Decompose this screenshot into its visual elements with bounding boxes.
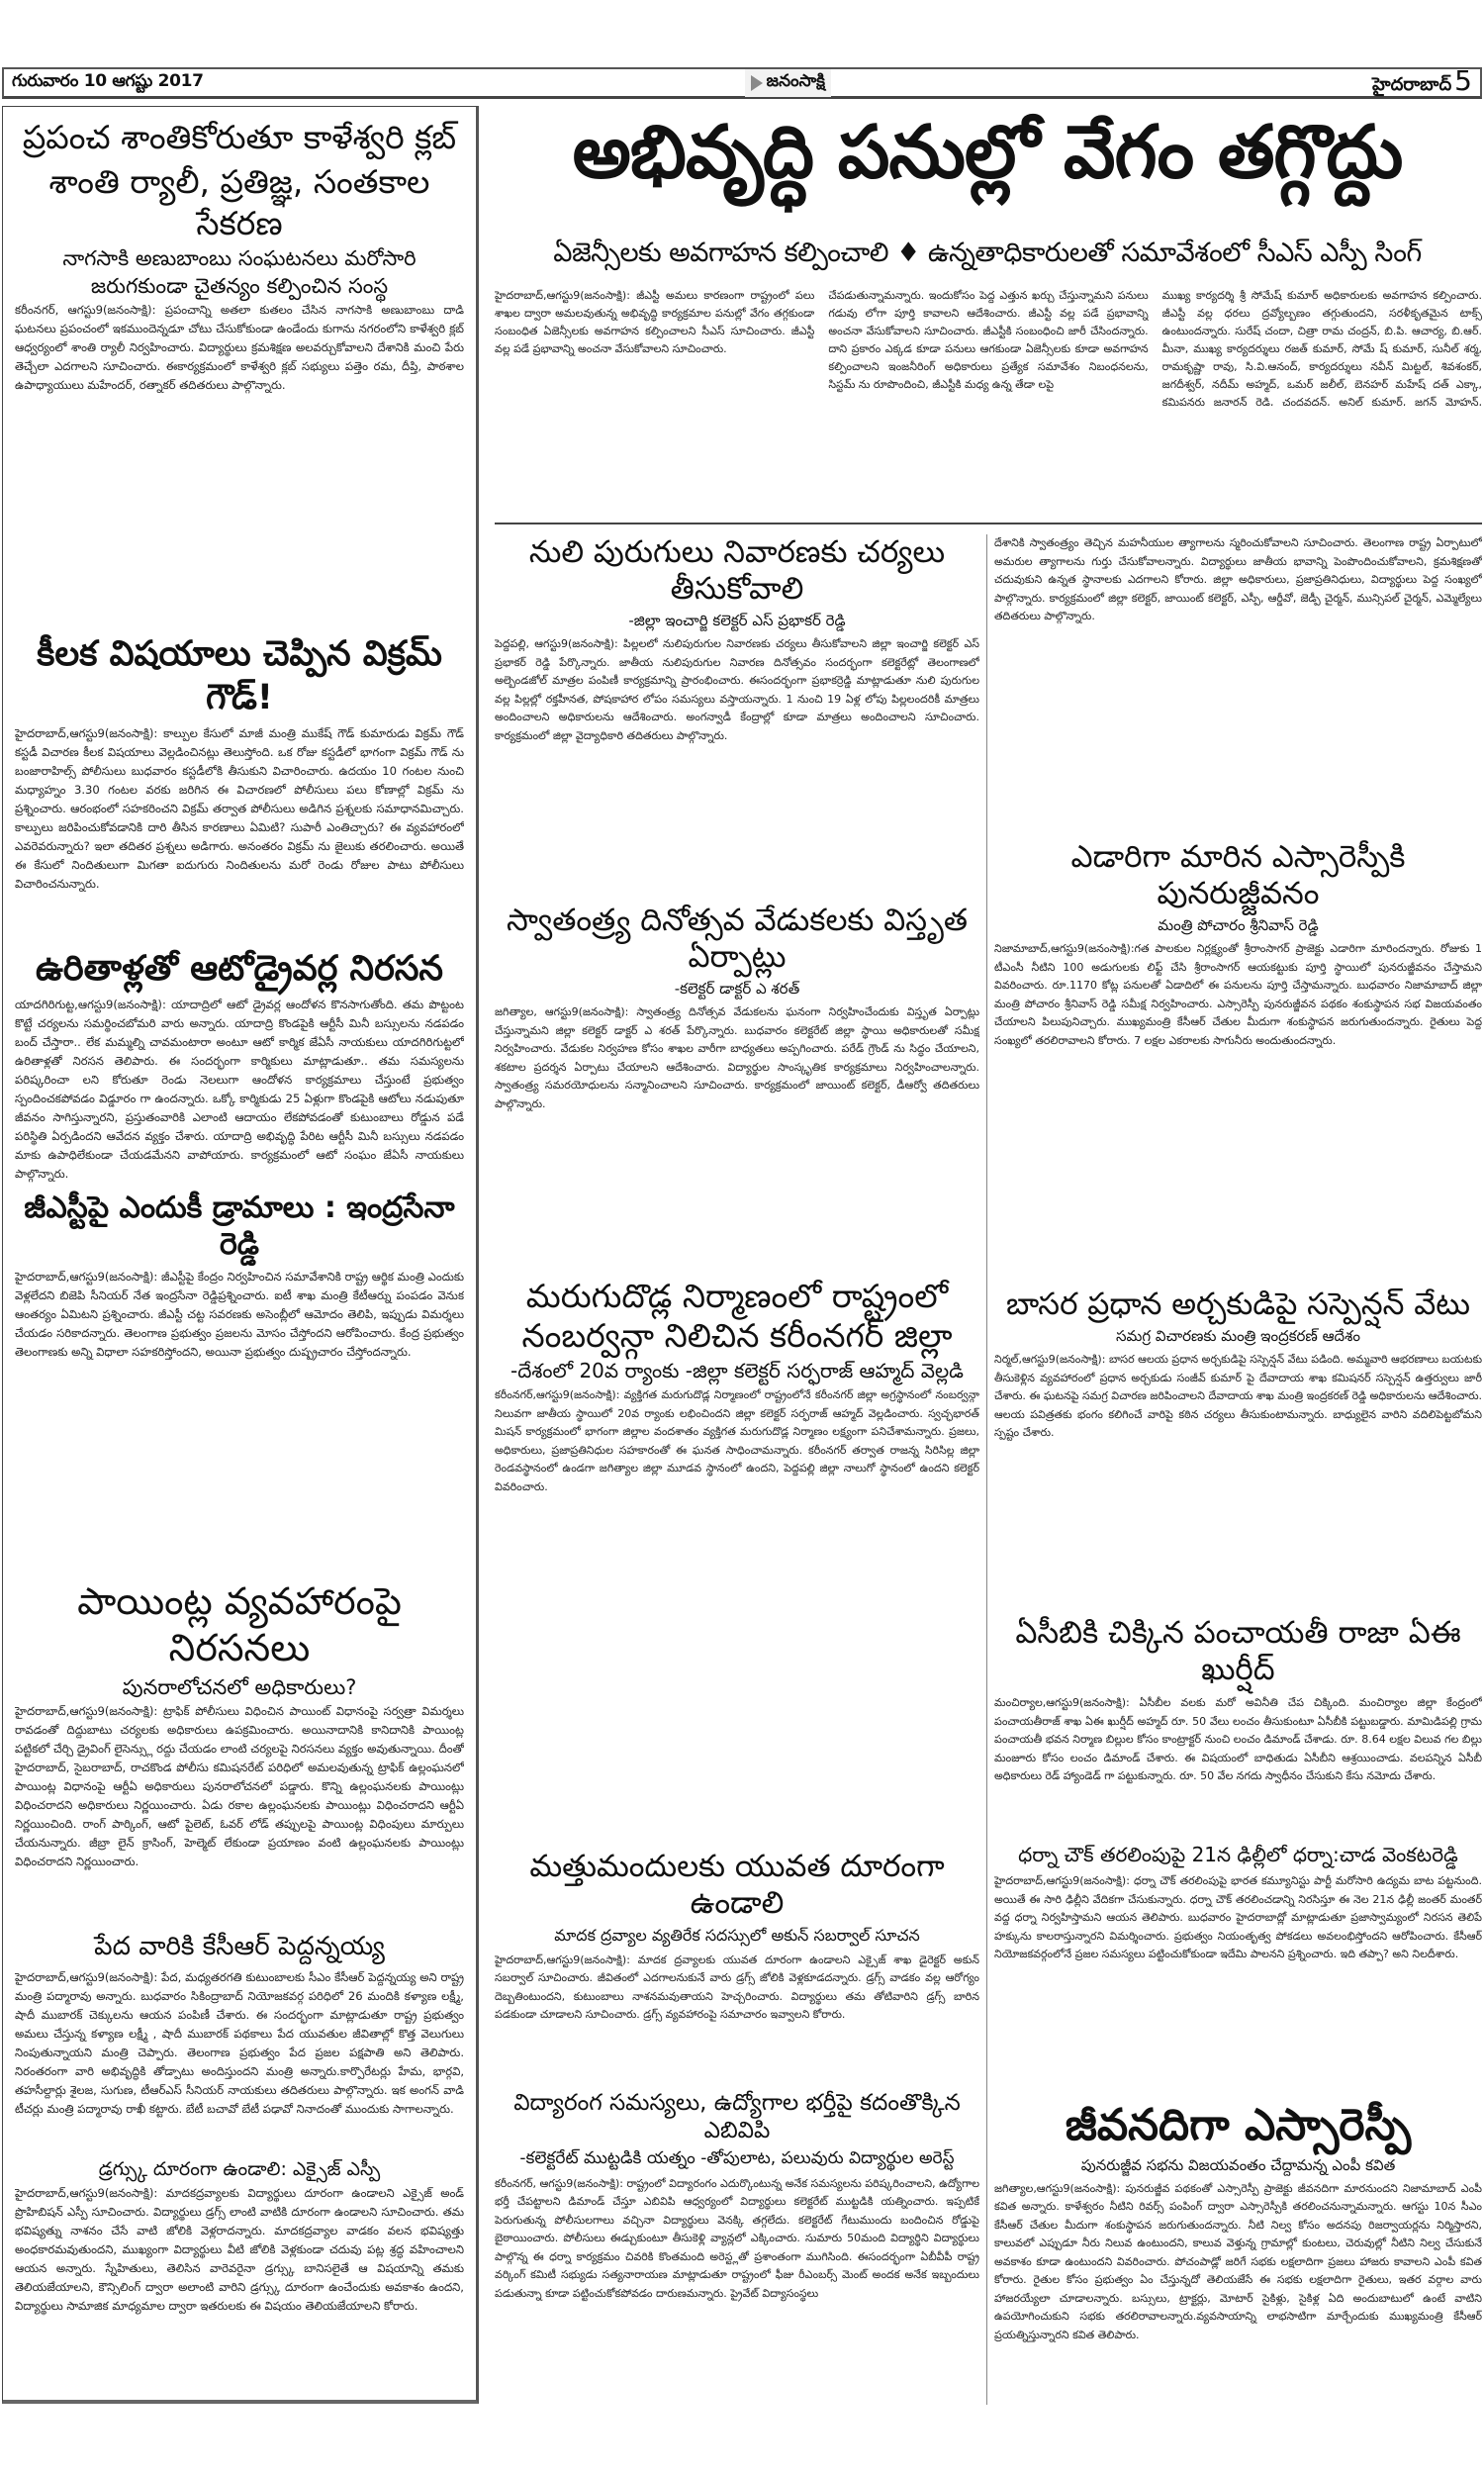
article-byline: మంత్రి పోచారం శ్రీనివాస్ రెడ్డి [994, 916, 1482, 934]
article-subheadline: జరుగకుండా చైతన్యం కల్పించిన సంస్థ [15, 273, 464, 299]
masthead-bar: గురువారం 10 ఆగష్టు 2017 జనంసాక్షి హైదరాబ… [2, 67, 1482, 99]
article-headline: ధర్నా చౌక్ తరలింపుపై 21న ఢిల్లీలో ధర్నా:… [994, 1843, 1482, 1866]
article-body: దేశానికి స్వాతంత్ర్యం తెచ్చిన మహనీయుల త్… [994, 534, 1482, 626]
article-body: పెద్దపల్లి, ఆగస్టు9(జనంసాక్షి): పిల్లలలో… [495, 635, 979, 745]
article-kcr-elder-brother: పేద వారికి కేసీఆర్ పెద్దన్నయ్య హైదరాబాద్… [15, 1931, 464, 2157]
article-body: నిజామాబాద్,ఆగస్టు9(జనంసాక్షి):గత పాలకుల … [994, 940, 1482, 1050]
article-drugs-youth: మత్తుమందులకు యువత దూరంగా ఉండాలి మాదక ద్ర… [495, 1849, 979, 2081]
article-subheadline: నాగసాకి అణుబాంబు సంఘటనలు మరోసారి [15, 245, 464, 271]
article-auto-drivers: ఉరితాళ్లతో ఆటోడ్రైవర్ల నిరసన యాదగిరిగుట్… [15, 948, 464, 1184]
article-headline: మత్తుమందులకు యువత దూరంగా ఉండాలి [495, 1849, 979, 1922]
article-acb-khurshid: ఏసీబికి చిక్కిన పంచాయతీ రాజా ఏఈ ఖుర్షీద్… [994, 1615, 1482, 1838]
article-dharna-chowk: ధర్నా చౌక్ తరలింపుపై 21న ఢిల్లీలో ధర్నా:… [994, 1843, 1482, 2085]
article-headline: పాయింట్ల వ్యవహారంపై నిరసనలు [15, 1578, 464, 1672]
lead-column-3: ముఖ్య కార్యదర్శి శ్రీ సోమేష్ కుమార్ అధిక… [1162, 287, 1482, 406]
article-headline: డ్రగ్స్కు దూరంగా ఉండాలి: ఎక్సైజ్ ఎస్పీ [15, 2158, 464, 2182]
lead-column-2: చేపడుతున్నామన్నారు. ఇందుకోసం పెద్ద ఎత్తు… [828, 287, 1148, 406]
section-divider [495, 523, 1482, 524]
article-headline: మరుగుదొడ్ల నిర్మాణంలో రాష్ట్రంలో [495, 1277, 979, 1316]
article-headline: స్వాతంత్ర్య దినోత్సవ వేడుకలకు విస్తృత ఏర… [495, 903, 979, 976]
article-headline: నులి పురుగులు నివారణకు చర్యలు తీసుకోవాలి [495, 534, 979, 608]
article-headline: నంబర్వన్గా నిలిచిన కరీంనగర్ జిల్లా [495, 1316, 979, 1356]
article-byline: -జిల్లా ఇంచార్జి కలెక్టర్ ఎస్ ప్రభాకర్ ర… [495, 612, 979, 629]
edition-info: హైదరాబాద్ 5 [1372, 67, 1472, 99]
article-headline: బాసర ప్రధాన అర్చకుడిపై సస్పెన్షన్ వేటు [994, 1286, 1482, 1323]
article-headline: ఎడారిగా మారిన ఎస్సారెస్పీకి పునరుజ్జీవనం [994, 839, 1482, 912]
article-traffic-points: పాయింట్ల వ్యవహారంపై నిరసనలు పునరాలోచనలో … [15, 1578, 464, 1925]
newspaper-page: గురువారం 10 ఆగష్టు 2017 జనంసాక్షి హైదరాబ… [0, 0, 1484, 2475]
article-independence-day: స్వాతంత్ర్య దినోత్సవ వేడుకలకు విస్తృత ఏర… [495, 903, 979, 1269]
article-abvp-protest: విద్యారంగ సమస్యలు, ఉద్యోగాల భర్తీపై కదంత… [495, 2090, 979, 2407]
article-srsp-revival: ఎడారిగా మారిన ఎస్సారెస్పీకి పునరుజ్జీవనం… [994, 839, 1482, 1280]
lead-subheadline: ఏజెన్సీలకు అవగాహన కల్పించాలి ♦ ఉన్నతాధిక… [493, 238, 1482, 275]
article-deworming: నులి పురుగులు నివారణకు చర్యలు తీసుకోవాలి… [495, 534, 979, 891]
article-body: యాదగిరిగుట్ట,ఆగస్టు9(జనంసాక్షి): యాదాద్ర… [15, 996, 464, 1184]
article-continuation: దేశానికి స్వాతంత్ర్యం తెచ్చిన మహనీయుల త్… [994, 534, 1482, 831]
publication-name: జనంసాక్షి [767, 71, 825, 95]
article-body: జగిత్యాల, ఆగస్టు9(జనంసాక్షి): స్వాతంత్ర్… [495, 1003, 979, 1113]
article-body: హైదరాబాద్,ఆగస్టు9(జనంసాక్షి): మాదక ద్రవ్… [495, 1951, 979, 2025]
article-headline: ప్రపంచ శాంతికోరుతూ కాళేశ్వరి క్లబ్ [15, 117, 464, 157]
article-body: హైదరాబాద్,ఆగస్టు9(జనంసాక్షి): పేద, మధ్యత… [15, 1968, 464, 2156]
column-divider [986, 534, 987, 2405]
play-arrow-icon [751, 75, 763, 91]
article-byline: -కలెక్టర్ డాక్టర్ ఎ శరత్ [495, 980, 979, 998]
article-body: హైదరాబాద్,ఆగస్టు9(జనంసాక్షి): ధర్నా చౌక్… [994, 1872, 1482, 1964]
article-headline: జీవనదిగా ఎస్సారెస్పీ [994, 2100, 1482, 2152]
publication-logo[interactable]: జనంసాక్షి [745, 69, 831, 97]
article-byline: -దేశంలో 20వ ర్యాంకు -జిల్లా కలెక్టర్ సర్… [495, 1359, 979, 1382]
lead-story-body: హైదరాబాద్,ఆగస్టు9(జనంసాక్షి): జీఎస్టీ అమ… [495, 287, 1482, 406]
article-indrasena-reddy: జీఎస్టీపై ఎందుకీ డ్రామాలు : ఇంద్రసేనా రె… [15, 1190, 464, 1574]
article-headline: పేద వారికి కేసీఆర్ పెద్దన్నయ్య [15, 1931, 464, 1963]
article-headline: జీఎస్టీపై ఎందుకీ డ్రామాలు : ఇంద్రసేనా రె… [15, 1190, 464, 1264]
edition-city: హైదరాబాద్ [1372, 74, 1451, 99]
article-body: హైదరాబాద్,ఆగస్టు9(జనంసాక్షి): మాదకద్రవ్య… [15, 2184, 464, 2402]
article-headline: శాంతి ర్యాలీ, ప్రతిజ్ఞ, సంతకాల సేకరణ [15, 161, 464, 243]
article-body: కరీంనగర్,ఆగస్టు9(జనంసాక్షి): వ్యక్తిగత మ… [495, 1386, 979, 1496]
article-body: మంచిర్యాల,ఆగస్టు9(జనంసాక్షి): ఏసీబీల వలక… [994, 1694, 1482, 1786]
article-body: కరీంనగర్, ఆగస్టు9(జనంసాక్షి): ప్రపంచాన్న… [15, 301, 464, 627]
article-byline: -కలెక్టరేట్ ముట్టడికి యత్నం -తోపులాట, పల… [495, 2148, 979, 2168]
article-headline: కీలక విషయాలు చెప్పిన విక్రమ్ గౌడ్! [15, 633, 464, 720]
article-body: కరీంనగర్, ఆగస్టు9(జనంసాక్షి): రాష్ట్రంలో… [495, 2175, 979, 2304]
article-body: నిర్మల్,ఆగస్టు9(జనంసాక్షి): బాసర ఆలయ ప్ర… [994, 1351, 1482, 1443]
article-drugs-excise-sp: డ్రగ్స్కు దూరంగా ఉండాలి: ఎక్సైజ్ ఎస్పీ హ… [15, 2158, 464, 2402]
article-byline: సమగ్ర విచారణకు మంత్రి ఇంద్రకరణ్ ఆదేశం [994, 1327, 1482, 1345]
article-body: జగిత్యాల,ఆగస్టు9(జనంసాక్షి): పునరుజ్జీవ … [994, 2180, 1482, 2345]
article-headline: ఏసీబికి చిక్కిన పంచాయతీ రాజా ఏఈ ఖుర్షీద్ [994, 1615, 1482, 1688]
article-srsp-lifeline: జీవనదిగా ఎస్సారెస్పీ పునరుజ్జీవ సభను విజ… [994, 2100, 1482, 2407]
article-byline: పునరుజ్జీవ సభను విజయవంతం చేద్దామన్న ఎంపీ… [994, 2156, 1482, 2174]
page-number: 5 [1454, 67, 1472, 95]
article-body: హైదరాబాద్,ఆగస్టు9(జనంసాక్షి): ట్రాఫిక్ ప… [15, 1702, 464, 1925]
article-headline: ఉరితాళ్లతో ఆటోడ్రైవర్ల నిరసన [15, 948, 464, 992]
article-byline: మాదక ద్రవ్యాల వ్యతిరేక సదస్సులో అకున్ సబ… [495, 1926, 979, 1945]
lead-column-1: హైదరాబాద్,ఆగస్టు9(జనంసాక్షి): జీఎస్టీ అమ… [495, 287, 814, 406]
lead-headline: అభివృద్ధి పనుల్లో వేగం తగ్గొద్దు [493, 111, 1482, 195]
left-column: ప్రపంచ శాంతికోరుతూ కాళేశ్వరి క్లబ్ శాంతి… [2, 106, 479, 2404]
issue-date: గురువారం 10 ఆగష్టు 2017 [12, 71, 204, 95]
article-body: హైదరాబాద్,ఆగస్టు9(జనంసాక్షి): జీఎస్టీపై … [15, 1268, 464, 1574]
article-headline: విద్యారంగ సమస్యలు, ఉద్యోగాల భర్తీపై కదంత… [495, 2090, 979, 2144]
article-subheadline: పునరాలోచనలో అధికారులు? [15, 1674, 464, 1700]
article-basara-priest: బాసర ప్రధాన అర్చకుడిపై సస్పెన్షన్ వేటు స… [994, 1286, 1482, 1608]
article-body: హైదరాబాద్,ఆగస్టు9(జనంసాక్షి): కాల్పుల కే… [15, 724, 464, 942]
article-vikram-goud: కీలక విషయాలు చెప్పిన విక్రమ్ గౌడ్! హైదరా… [15, 633, 464, 942]
article-toilets-karimnagar: మరుగుదొడ్ల నిర్మాణంలో రాష్ట్రంలో నంబర్వన… [495, 1277, 979, 1826]
article-kaleshwari-club: ప్రపంచ శాంతికోరుతూ కాళేశ్వరి క్లబ్ శాంతి… [15, 117, 464, 627]
